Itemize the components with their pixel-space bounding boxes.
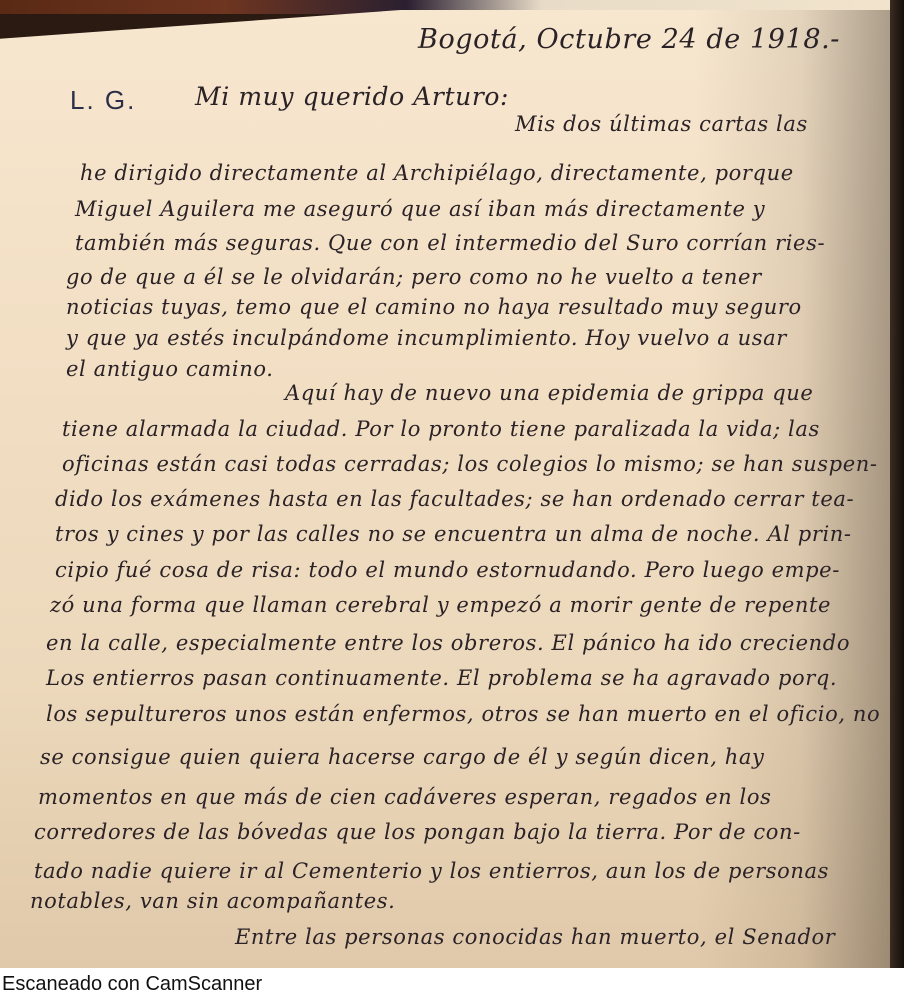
letter-line: he dirigido directamente al Archipiélago… (80, 161, 794, 185)
letter-line: go de que a él se le olvidarán; pero com… (66, 265, 762, 289)
letter-salutation: Mi muy querido Arturo: (195, 82, 509, 111)
letter-line: Entre las personas conocidas han muerto,… (235, 925, 835, 949)
letter-line: los sepultureros unos están enfermos, ot… (46, 702, 880, 726)
letter-initials: L. G. (70, 85, 136, 116)
letter-line: y que ya estés inculpándome incumplimien… (66, 326, 787, 350)
letter-line: noticias tuyas, temo que el camino no ha… (66, 295, 802, 319)
letter-line: zó una forma que llaman cerebral y empez… (50, 593, 831, 617)
letter-line: Los entierros pasan continuamente. El pr… (46, 666, 837, 690)
letter-line: notables, van sin acompañantes. (30, 889, 395, 913)
letter-line: cipio fué cosa de risa: todo el mundo es… (55, 558, 840, 582)
letter-line: momentos en que más de cien cadáveres es… (38, 785, 772, 809)
letter-line: oficinas están casi todas cerradas; los … (62, 452, 878, 476)
letter-line: Mis dos últimas cartas las (515, 112, 808, 136)
letter-line: tros y cines y por las calles no se encu… (55, 522, 852, 546)
letter-line: corredores de las bóvedas que los pongan… (34, 820, 801, 844)
scanned-letter-photo: Bogotá, Octubre 24 de 1918.- L. G. Mi mu… (0, 0, 904, 968)
page-edge-shadow (890, 0, 904, 968)
letter-line: Aquí hay de nuevo una epidemia de grippa… (285, 381, 813, 405)
letter-line: dido los exámenes hasta en las facultade… (55, 487, 854, 511)
letter-line: el antiguo camino. (66, 357, 274, 381)
letter-line: se consigue quien quiera hacerse cargo d… (40, 745, 764, 769)
letter-line: tiene alarmada la ciudad. Por lo pronto … (62, 417, 820, 441)
letter-date: Bogotá, Octubre 24 de 1918.- (418, 24, 840, 55)
scanner-watermark: Escaneado con CamScanner (2, 973, 262, 996)
letter-line: también más seguras. Que con el intermed… (75, 231, 825, 255)
letter-line: tado nadie quiere ir al Cementerio y los… (34, 859, 829, 883)
letter-line: Miguel Aguilera me aseguró que así iban … (75, 197, 765, 221)
letter-line: en la calle, especialmente entre los obr… (46, 631, 850, 655)
